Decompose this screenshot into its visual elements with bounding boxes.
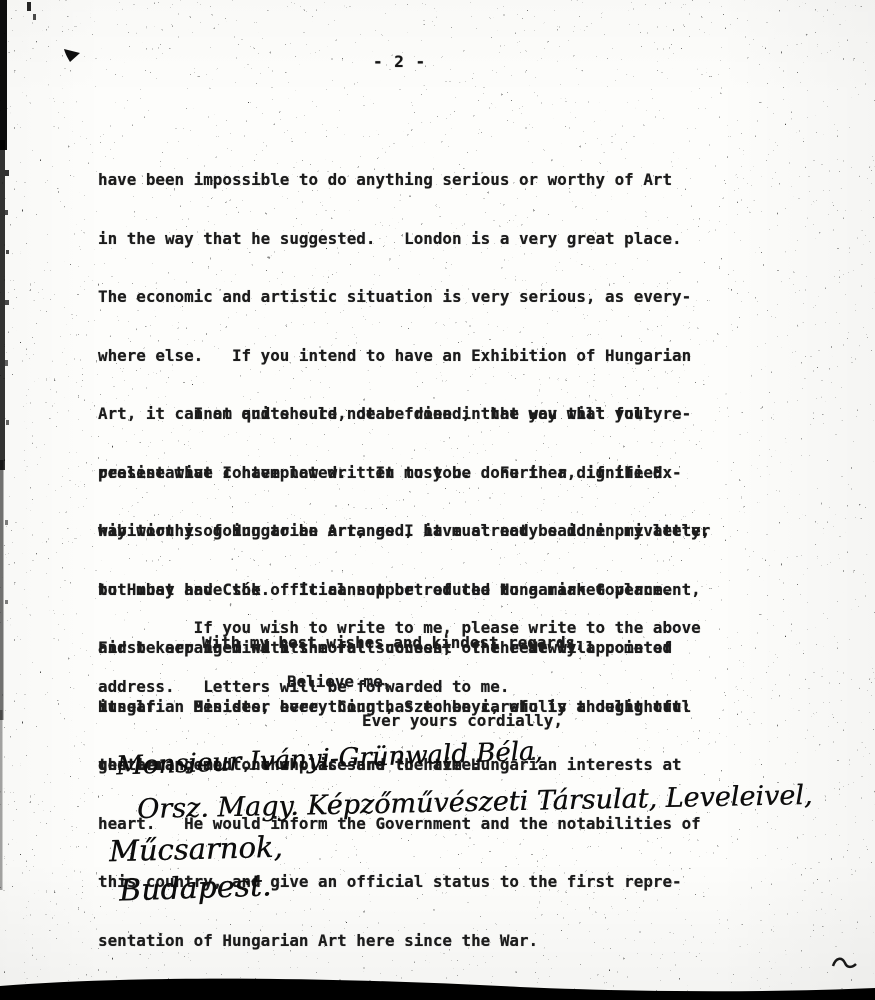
typed-line: I am quite sure, dear friend, that you w… [98,404,710,424]
closing-yours-cordially-line: Ever yours cordially, [362,711,563,730]
scan-squiggle [833,959,856,967]
left-scan-edge [0,0,9,890]
typed-line: realise what I have now written to you. … [98,463,710,483]
typed-line: in the way that he suggested. London is … [98,229,710,249]
top-left-scan-marks [27,2,36,20]
typed-line: where else. If you intend to have an Exh… [98,346,710,366]
handwritten-city: Budapest. [118,868,272,908]
scanned-letter-page: - 2 - have been impossible to do anythin… [0,0,875,1000]
handwritten-building: Műcsarnok, [109,830,283,869]
ink-blot [64,49,80,62]
typed-line: sentation of Hungarian Art here since th… [98,931,710,951]
typed-line: have been impossible to do anything seri… [98,170,710,190]
typed-line: The economic and artistic situation is v… [98,287,710,307]
closing-believe-me-line: Believe me, [287,672,392,691]
page-number: - 2 - [373,52,426,71]
closing-regards-line: With my best wishes and kindest regards, [202,633,585,652]
typed-line: address. Letters will be forwarded to me… [98,677,701,697]
typed-line: hibition is going to be arranged, it mus… [98,521,710,541]
